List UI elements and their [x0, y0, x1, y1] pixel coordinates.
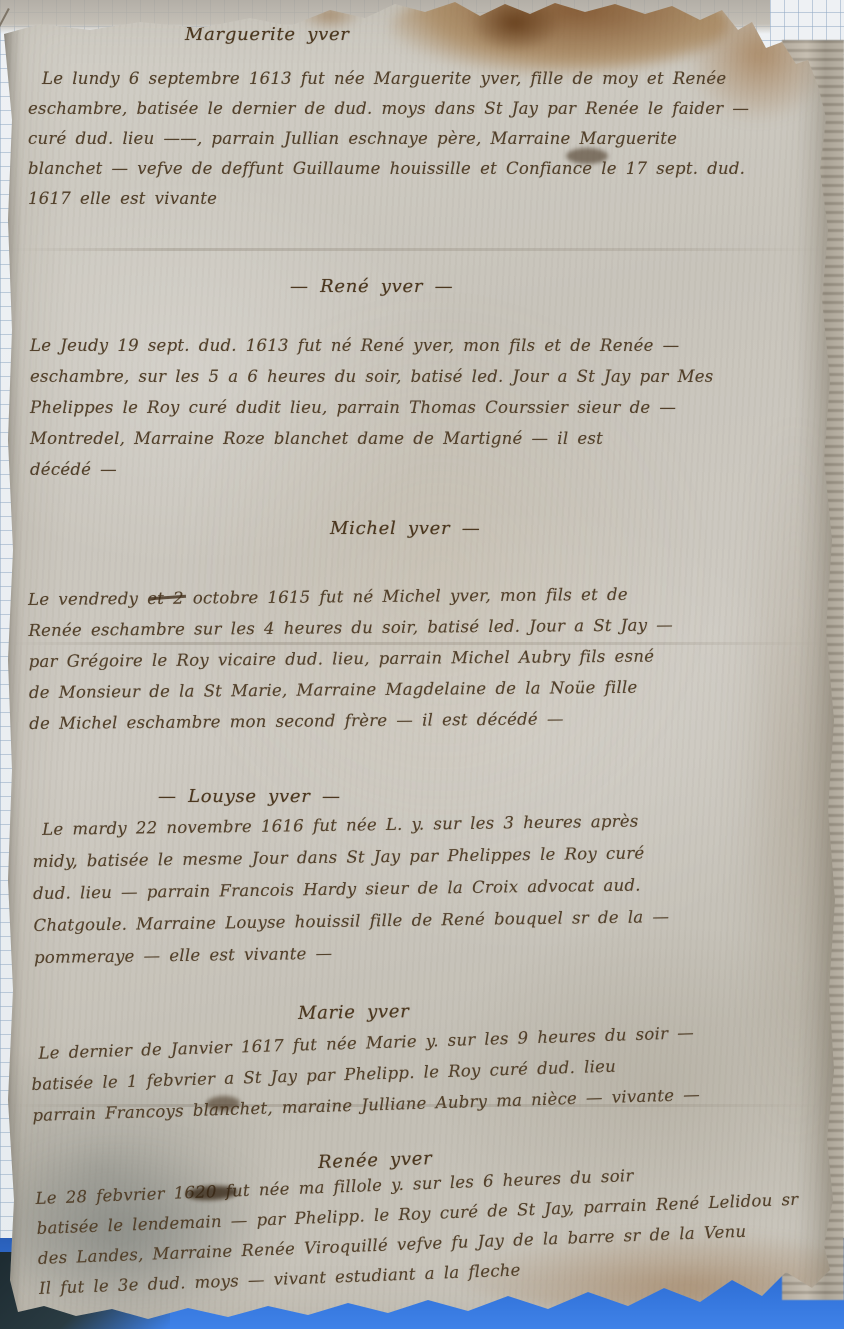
entry-heading-louyse: — Louyse yver —: [158, 786, 341, 807]
manuscript-line: décédé —: [30, 454, 825, 485]
horizontal-crease: [10, 248, 825, 251]
manuscript-line: Le lundy 6 septembre 1613 fut née Margue…: [28, 64, 828, 94]
entry-heading-michel: Michel yver —: [330, 518, 480, 539]
manuscript-page: Marguerite yver Le lundy 6 septembre 161…: [0, 0, 844, 1329]
manuscript-line: Phelippes le Roy curé dudit lieu, parrai…: [30, 392, 825, 423]
entry-text-louyse: Le mardy 22 novembre 1616 fut née L. y. …: [32, 803, 834, 974]
manuscript-line: Le Jeudy 19 sept. dud. 1613 fut né René …: [30, 330, 825, 361]
entry-text-marguerite: Le lundy 6 septembre 1613 fut née Margue…: [28, 64, 828, 214]
entry-heading-marguerite: Marguerite yver: [185, 24, 350, 45]
large-top-stain: [390, 0, 730, 74]
entry-heading-rene: — René yver —: [290, 276, 453, 297]
entry-heading-marie: Marie yver: [298, 1001, 410, 1024]
entry-text-renee: Le 28 febvrier 1620 fut née ma fillole y…: [35, 1153, 844, 1304]
manuscript-photo: Marguerite yver Le lundy 6 septembre 161…: [0, 0, 844, 1329]
entry-text-michel: Le vendredy et 2 octobre 1615 fut né Mic…: [28, 577, 824, 739]
manuscript-line: 1617 elle est vivante: [28, 184, 828, 214]
manuscript-line: de Michel eschambre mon second frère — i…: [29, 701, 824, 739]
manuscript-line: Montredel, Marraine Roze blanchet dame d…: [30, 423, 825, 454]
manuscript-line: eschambre, sur les 5 a 6 heures du soir,…: [30, 361, 825, 392]
entry-text-marie: Le dernier de Janvier 1617 fut née Marie…: [30, 1013, 838, 1131]
manuscript-line: blanchet — vefve de deffunt Guillaume ho…: [28, 154, 828, 184]
manuscript-line: eschambre, batisée le dernier de dud. mo…: [28, 94, 828, 124]
entry-text-rene: Le Jeudy 19 sept. dud. 1613 fut né René …: [30, 330, 825, 485]
manuscript-line: curé dud. lieu ——, parrain Jullian eschn…: [28, 124, 828, 154]
